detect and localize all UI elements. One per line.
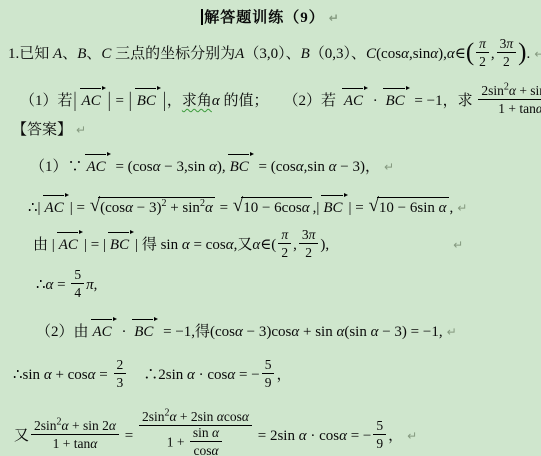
- text-run: ),: [217, 159, 226, 175]
- absolute-value-bar: |: [163, 86, 166, 117]
- fraction: 3π2: [497, 36, 517, 69]
- math-variable: α: [226, 237, 234, 253]
- text-run: 10 − 6sin: [379, 200, 439, 216]
- text-run: 2: [479, 54, 486, 69]
- paragraph-mark-icon: ↵: [534, 47, 541, 61]
- text-run: − 3,sin: [161, 159, 209, 175]
- text-run: ∴: [36, 277, 46, 293]
- text-run: ),: [438, 46, 447, 62]
- fraction: 2sin2α + sin 2α1 + tanα: [31, 418, 119, 451]
- fraction-numerator: 5: [262, 357, 275, 373]
- text-run: 、: [62, 46, 77, 62]
- text-cursor-icon: [201, 9, 203, 25]
- text-run: 3: [302, 227, 309, 242]
- paragraph-mark-icon: ↵: [329, 11, 340, 25]
- math-variable: α: [205, 200, 213, 216]
- text-run: =: [53, 277, 69, 293]
- text-run: cos: [224, 409, 242, 424]
- math-variable: α: [62, 418, 69, 433]
- square-root: √10 − 6cosα: [233, 197, 312, 216]
- math-variable: α: [401, 46, 409, 62]
- text-run: ，: [167, 93, 182, 109]
- math-variable: α: [187, 367, 195, 383]
- text-run: 2sin: [142, 409, 165, 424]
- solution-step-5: （2）由AC · BC = −1,得(cosα − 3)cosα + sin α…: [36, 320, 457, 343]
- fraction-denominator: 2: [476, 52, 489, 69]
- absolute-value-bar: |: [129, 86, 132, 117]
- fraction: sin αcosα: [190, 425, 222, 456]
- solution-step-1: （1）∵AC = (cosα − 3,sin α),BC = (cosα,sin…: [30, 155, 394, 178]
- text-run: (cos: [376, 46, 401, 62]
- fraction-denominator: 3: [114, 373, 127, 390]
- text-run: ,又: [234, 237, 253, 253]
- math-variable: α: [153, 159, 161, 175]
- text-run: · cos: [195, 367, 228, 383]
- text-run: sin: [193, 425, 212, 440]
- fraction-denominator: 2: [497, 52, 517, 69]
- math-variable: C: [366, 46, 376, 62]
- text-run: cos: [193, 443, 211, 456]
- text-run: = cos: [190, 237, 226, 253]
- text-run: ,: [491, 46, 495, 62]
- square-root: √(cosα − 3)2 + sin2α: [90, 197, 215, 216]
- text-run: 1.已知: [8, 46, 53, 62]
- vector-with-arrow: AC: [91, 321, 114, 343]
- text-run: 三点的坐标分别为: [111, 46, 235, 62]
- fraction-denominator: 2: [278, 243, 291, 260]
- vector-with-arrow: BC: [135, 90, 158, 112]
- text-run: =: [96, 367, 112, 383]
- text-run: + 2sin: [177, 409, 217, 424]
- paragraph-mark-icon: ↵: [453, 238, 463, 252]
- doc-title: 解答题训练（9）↵: [0, 7, 541, 29]
- text-run: =: [112, 93, 128, 109]
- solution-step-7: 又2sin2α + sin 2α1 + tanα = 2sin2α + 2sin…: [14, 411, 417, 456]
- math-variable: α: [430, 46, 438, 62]
- text-run: ∈(: [260, 237, 276, 253]
- text-run: （2）由: [36, 324, 89, 340]
- math-variable: α: [302, 200, 310, 216]
- problem-statement: 1.已知 A、B、C 三点的坐标分别为A（3,0）、B（0,3）、C(cosα,…: [8, 38, 541, 71]
- text-run: ，: [388, 428, 403, 444]
- math-variable: α: [182, 237, 190, 253]
- math-variable: π: [506, 36, 513, 51]
- text-run: = −: [347, 428, 371, 444]
- text-run: + sin2: [516, 83, 541, 98]
- text-run: ),: [320, 237, 329, 253]
- text-run: 的值； （2）若: [220, 93, 340, 109]
- paragraph-mark-icon: ↵: [384, 160, 394, 174]
- text-run: (sin: [344, 324, 370, 340]
- fraction-numerator: 5: [71, 267, 84, 283]
- text-run: + cos: [52, 367, 88, 383]
- fraction: π2: [476, 36, 489, 69]
- vector-with-arrow: BC: [132, 321, 155, 343]
- fraction-numerator: sin α: [190, 425, 222, 441]
- text-run: 【答案】: [12, 122, 72, 138]
- fraction-numerator: 2: [114, 357, 127, 373]
- text-run: (cos: [100, 200, 125, 216]
- text-run: − 3)cos: [243, 324, 291, 340]
- math-variable: α: [90, 436, 97, 451]
- math-variable: α: [329, 159, 337, 175]
- vector-with-arrow: BC: [321, 197, 344, 219]
- text-run: | =: [349, 200, 368, 216]
- fraction-denominator: 1 + tanα: [478, 99, 541, 116]
- math-variable: α: [44, 367, 52, 383]
- fraction: π2: [278, 227, 291, 260]
- math-variable: α: [212, 93, 220, 109]
- fraction: 59: [262, 357, 275, 390]
- solution-step-6: ∴sin α + cosα = 23 ∴2sin α · cosα = −59，: [13, 359, 291, 392]
- math-variable: α: [217, 409, 224, 424]
- fraction: 2sin2α + sin2α1 + tanα: [478, 83, 541, 116]
- math-variable: α: [88, 367, 96, 383]
- text-run: （3,0）、: [244, 46, 300, 62]
- fraction-numerator: 3π: [299, 227, 319, 243]
- text-run: 4: [74, 285, 81, 300]
- text-run: 9: [376, 436, 383, 451]
- text-run: ,: [450, 200, 454, 216]
- math-variable: α: [299, 428, 307, 444]
- big-paren: ): [518, 40, 526, 65]
- radicand: 10 − 6cosα: [241, 197, 311, 216]
- text-run: =: [216, 200, 232, 216]
- text-run: | = |: [84, 237, 106, 253]
- math-variable: α: [242, 409, 249, 424]
- text-run: .: [527, 46, 531, 62]
- math-variable: α: [439, 200, 447, 216]
- math-variable: α: [212, 425, 219, 440]
- text-run: = (cos: [255, 159, 296, 175]
- document-page[interactable]: 解答题训练（9）↵ 1.已知 A、B、C 三点的坐标分别为A（3,0）、B（0,…: [0, 0, 541, 456]
- paragraph-mark-icon: ↵: [407, 429, 417, 443]
- math-variable: α: [169, 409, 176, 424]
- math-variable: α: [109, 418, 116, 433]
- fraction-denominator: 2: [299, 243, 319, 260]
- text-run: ∴sin: [13, 367, 44, 383]
- text-run: ∈: [455, 46, 466, 62]
- text-run: 2: [281, 245, 288, 260]
- fraction-numerator: π: [278, 227, 291, 243]
- text-run: 3: [117, 375, 124, 390]
- fraction-numerator: π: [476, 36, 489, 52]
- fraction: 59: [373, 418, 386, 451]
- text-run: 2: [503, 54, 510, 69]
- math-variable: B: [301, 46, 310, 62]
- paragraph-mark-icon: ↵: [457, 201, 467, 215]
- big-paren: (: [466, 40, 474, 65]
- text-run: 解答题训练（9）: [204, 10, 325, 26]
- vector-with-arrow: AC: [80, 90, 103, 112]
- text-run: 1 + tan: [498, 101, 536, 116]
- vector-with-arrow: AC: [57, 234, 80, 256]
- fraction-numerator: 2sin2α + sin 2α: [31, 418, 119, 434]
- math-variable: α: [209, 159, 217, 175]
- text-run: − 3): [133, 200, 161, 216]
- text-run: = −: [235, 367, 259, 383]
- absolute-value-bar: |: [74, 86, 77, 117]
- text-run: ∴2sin: [128, 367, 187, 383]
- math-variable: α: [536, 101, 541, 116]
- math-variable: B: [77, 46, 86, 62]
- math-variable: A: [53, 46, 62, 62]
- text-run: · cos: [307, 428, 340, 444]
- fraction-denominator: cosα: [190, 441, 222, 456]
- text-run: 2: [305, 245, 312, 260]
- fraction-denominator: 1 + tanα: [31, 434, 119, 451]
- text-run: + sin: [166, 200, 199, 216]
- square-root: √10 − 6sin α: [368, 197, 448, 216]
- text-run: 2: [117, 357, 124, 372]
- text-run: ,|: [313, 200, 320, 216]
- math-variable: α: [296, 159, 304, 175]
- radicand: (cosα − 3)2 + sin2α: [98, 197, 215, 216]
- fraction-denominator: 4: [71, 283, 84, 300]
- text-run: − 3) = −1,: [378, 324, 442, 340]
- absolute-value-bar: |: [108, 86, 111, 117]
- text-run: ∴|: [28, 200, 41, 216]
- fraction: 54: [71, 267, 84, 300]
- text-run: （1）若: [20, 93, 73, 109]
- text-run: ,sin: [409, 46, 430, 62]
- text-run: 5: [376, 418, 383, 433]
- text-run: 3: [500, 36, 507, 51]
- text-run: 又: [14, 428, 29, 444]
- radicand: 10 − 6sin α: [377, 197, 449, 216]
- math-variable: α: [211, 443, 218, 456]
- fraction-denominator: 1 + sin αcosα: [139, 425, 252, 456]
- question-parts: （1）若|AC| = |BC|，求角α 的值； （2）若 AC · BC = −…: [20, 85, 541, 118]
- math-variable: α: [509, 83, 516, 98]
- fraction-numerator: 2sin2α + sin2α: [478, 83, 541, 99]
- math-variable: π: [309, 227, 316, 242]
- text-run: 1 +: [167, 435, 188, 450]
- text-run: ,: [293, 237, 297, 253]
- math-variable: π: [86, 277, 94, 293]
- vector-with-arrow: BC: [383, 90, 406, 112]
- math-variable: C: [101, 46, 111, 62]
- vector-with-arrow: BC: [108, 234, 131, 256]
- paragraph-mark-icon: ↵: [76, 123, 86, 137]
- text-run: ·: [369, 93, 382, 109]
- text-run: 10 − 6cos: [243, 200, 301, 216]
- fraction-denominator: 9: [373, 434, 386, 451]
- text-run: （0,3）、: [310, 46, 366, 62]
- text-run: ,: [94, 277, 98, 293]
- text-run: | 得 sin: [135, 237, 182, 253]
- vector-with-arrow: AC: [342, 90, 365, 112]
- text-run: 9: [265, 375, 272, 390]
- fraction-numerator: 2sin2α + 2sin αcosα: [139, 409, 252, 425]
- text-run: （1）∵: [30, 159, 83, 175]
- text-run: 5: [74, 267, 81, 282]
- math-variable: π: [281, 227, 288, 242]
- spellcheck-underlined-text: 求角: [182, 93, 212, 109]
- solution-step-4: ∴α = 54π,: [36, 269, 97, 302]
- fraction: 2sin2α + 2sin αcosα1 + sin αcosα: [139, 409, 252, 456]
- text-run: 、: [86, 46, 101, 62]
- fraction: 23: [114, 357, 127, 390]
- answer-label: 【答案】↵: [12, 119, 86, 141]
- text-run: + sin: [299, 324, 336, 340]
- text-run: 5: [265, 357, 272, 372]
- text-run: =: [121, 428, 137, 444]
- text-run: = −1,得(cos: [159, 324, 235, 340]
- fraction-numerator: 5: [373, 418, 386, 434]
- math-variable: A: [235, 46, 244, 62]
- text-run: + sin 2: [69, 418, 109, 433]
- text-run: ·: [118, 324, 131, 340]
- text-run: − 3)，: [337, 159, 380, 175]
- math-variable: α: [339, 428, 347, 444]
- math-variable: α: [235, 324, 243, 340]
- vector-with-arrow: BC: [228, 156, 251, 178]
- text-run: 2sin: [34, 418, 57, 433]
- text-run: | =: [70, 200, 89, 216]
- fraction-denominator: 9: [262, 373, 275, 390]
- text-run: = (cos: [112, 159, 153, 175]
- fraction-numerator: 3π: [497, 36, 517, 52]
- text-run: = −1，求: [411, 93, 477, 109]
- text-run: 2sin: [481, 83, 504, 98]
- text-run: 由 |: [33, 237, 55, 253]
- text-run: 1 + tan: [53, 436, 91, 451]
- text-run: ,sin: [304, 159, 329, 175]
- text-run: ，: [276, 367, 291, 383]
- vector-with-arrow: AC: [43, 197, 66, 219]
- solution-step-2: ∴|AC| = √(cosα − 3)2 + sin2α = √10 − 6co…: [28, 196, 467, 219]
- vector-with-arrow: AC: [85, 156, 108, 178]
- paragraph-mark-icon: ↵: [447, 325, 457, 339]
- math-variable: α: [447, 46, 455, 62]
- math-variable: π: [479, 36, 486, 51]
- text-run: = 2sin: [254, 428, 299, 444]
- solution-step-3: 由 |AC| = |BC| 得 sin α = cosα,又α∈(π2,3π2)…: [33, 229, 463, 262]
- text-run: [329, 237, 449, 253]
- fraction: 3π2: [299, 227, 319, 260]
